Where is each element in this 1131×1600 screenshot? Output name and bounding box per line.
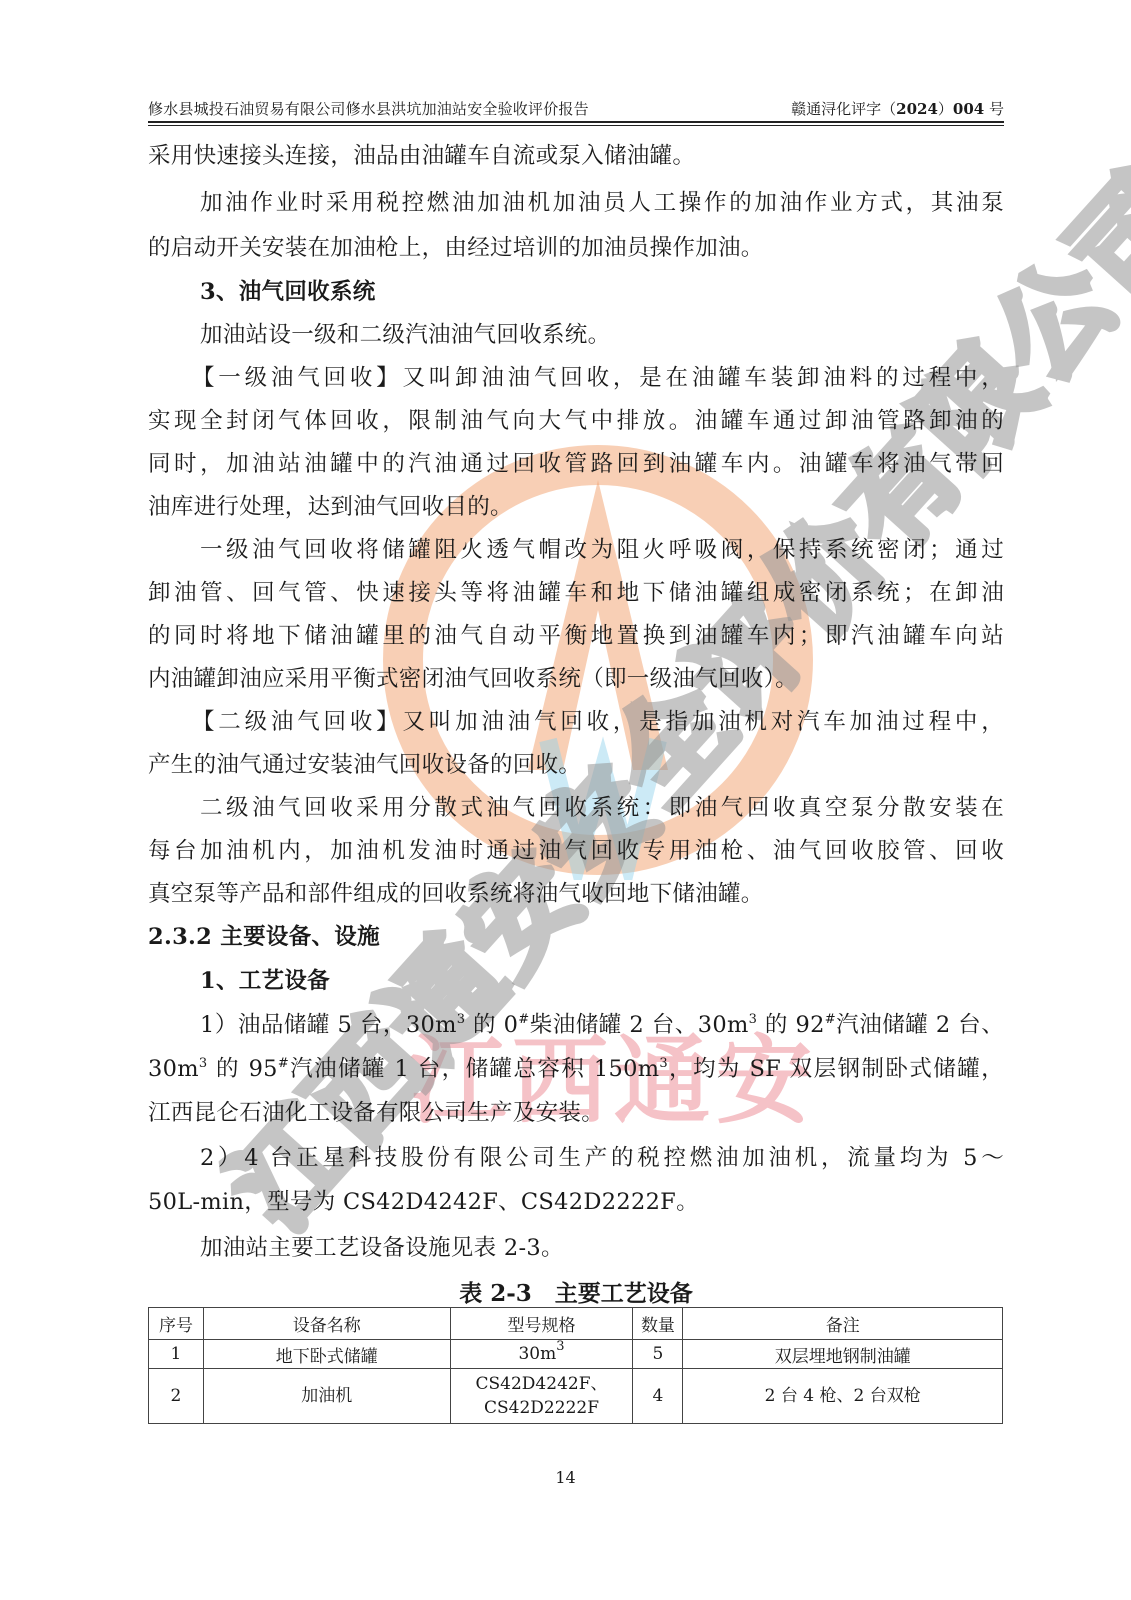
paragraph-line: 同时，加油站油罐中的汽油通过回收管路回到油罐车内。油罐车将油气带回 xyxy=(148,449,1004,479)
header-cell-name: 设备名称 xyxy=(203,1308,450,1340)
header-cell-spec: 型号规格 xyxy=(450,1308,633,1340)
table-header-row: 序号 设备名称 型号规格 数量 备注 xyxy=(149,1308,1003,1340)
paragraph-line: 采用快速接头连接，油品由油罐车自流或泵入储油罐。 xyxy=(148,141,1004,171)
subheading-process-equipment: 1、工艺设备 xyxy=(200,966,1004,996)
table-caption: 表 2-3 主要工艺设备 xyxy=(148,1275,1004,1308)
watermark-diagonal: 江西通安安全评价有限公司 xyxy=(190,1150,200,1160)
cell-qty: 4 xyxy=(633,1369,683,1424)
paragraph-line: 的同时将地下储油罐里的油气自动平衡地置换到油罐车内；即汽油罐车向站 xyxy=(148,621,1004,651)
paragraph-line: 卸油管、回气管、快速接头等将油罐车和地下储油罐组成密闭系统；在卸油 xyxy=(148,578,1004,608)
paragraph-line: 加油站设一级和二级汽油油气回收系统。 xyxy=(200,320,1004,350)
cell-note: 双层埋地钢制油罐 xyxy=(683,1340,1003,1369)
table-row: 1 地下卧式储罐 30m3 5 双层埋地钢制油罐 xyxy=(149,1340,1003,1369)
paragraph-line: 【一级油气回收】又叫卸油油气回收，是在油罐车装卸油料的过程中， xyxy=(192,363,1004,393)
table-row: 2 加油机 CS42D4242F、CS42D2222F 4 2 台 4 枪、2 … xyxy=(149,1369,1003,1424)
cell-spec: 30m3 xyxy=(450,1340,633,1369)
cell-name: 地下卧式储罐 xyxy=(203,1340,450,1369)
cell-note: 2 台 4 枪、2 台双枪 xyxy=(683,1369,1003,1424)
report-title: 修水县城投石油贸易有限公司修水县洪坑加油站安全验收评价报告 xyxy=(148,98,589,119)
paragraph-line: 真空泵等产品和部件组成的回收系统将油气收回地下储油罐。 xyxy=(148,879,1004,909)
header-cell-qty: 数量 xyxy=(633,1308,683,1340)
paragraph-line: 50L-min，型号为 CS42D4242F、CS42D2222F。 xyxy=(148,1187,1004,1217)
cell-no: 1 xyxy=(149,1340,204,1369)
paragraph-line: 每台加油机内，加油机发油时通过油气回收专用油枪、油气回收胶管、回收 xyxy=(148,836,1004,866)
paragraph-line: 加油作业时采用税控燃油加油机加油员人工操作的加油作业方式，其油泵 xyxy=(200,188,1004,218)
header-cell-no: 序号 xyxy=(149,1308,204,1340)
section-heading: 2.3.2 主要设备、设施 xyxy=(148,922,1004,952)
subheading-vapor-recovery: 3、油气回收系统 xyxy=(200,277,1004,307)
report-number: 赣通浔化评字（2024）004 号 xyxy=(791,98,1004,119)
header-cell-note: 备注 xyxy=(683,1308,1003,1340)
paragraph-line: 江西昆仑石油化工设备有限公司生产及安装。 xyxy=(148,1098,1004,1128)
page-number: 14 xyxy=(0,1468,1131,1487)
paragraph-line: 一级油气回收将储罐阻火透气帽改为阻火呼吸阀，保持系统密闭；通过 xyxy=(200,535,1004,565)
running-header: 修水县城投石油贸易有限公司修水县洪坑加油站安全验收评价报告 赣通浔化评字（202… xyxy=(148,96,1004,122)
paragraph-line: 2）4 台正星科技股份有限公司生产的税控燃油加油机，流量均为 5～ xyxy=(200,1143,1004,1173)
paragraph-line: 内油罐卸油应采用平衡式密闭油气回收系统（即一级油气回收）。 xyxy=(148,664,1004,694)
paragraph-line: 的启动开关安装在加油枪上，由经过培训的加油员操作加油。 xyxy=(148,233,1004,263)
paragraph-line: 实现全封闭气体回收，限制油气向大气中排放。油罐车通过卸油管路卸油的 xyxy=(148,406,1004,436)
equipment-table: 序号 设备名称 型号规格 数量 备注 1 地下卧式储罐 30m3 5 双层埋地钢… xyxy=(148,1307,1003,1424)
cell-qty: 5 xyxy=(633,1340,683,1369)
header-rule-thin xyxy=(148,125,1004,126)
paragraph-line: 30m3 的 95#汽油储罐 1 台，储罐总容积 150m3，均为 SF 双层钢… xyxy=(148,1054,1004,1084)
paragraph-line: 【二级油气回收】又叫加油油气回收，是指加油机对汽车加油过程中， xyxy=(192,707,1004,737)
paragraph-line: 油库进行处理，达到油气回收目的。 xyxy=(148,492,1004,522)
paragraph-line: 产生的油气通过安装油气回收设备的回收。 xyxy=(148,750,1004,780)
cell-spec: CS42D4242F、CS42D2222F xyxy=(450,1369,633,1424)
cell-name: 加油机 xyxy=(203,1369,450,1424)
cell-no: 2 xyxy=(149,1369,204,1424)
header-rule-thick xyxy=(148,121,1004,123)
paragraph-line: 二级油气回收采用分散式油气回收系统：即油气回收真空泵分散安装在 xyxy=(200,793,1004,823)
paragraph-line: 加油站主要工艺设备设施见表 2-3。 xyxy=(200,1233,1004,1263)
document-page: 修水县城投石油贸易有限公司修水县洪坑加油站安全验收评价报告 赣通浔化评字（202… xyxy=(0,0,1131,1600)
paragraph-line: 1）油品储罐 5 台，30m3 的 0#柴油储罐 2 台、30m3 的 92#汽… xyxy=(200,1010,1004,1040)
